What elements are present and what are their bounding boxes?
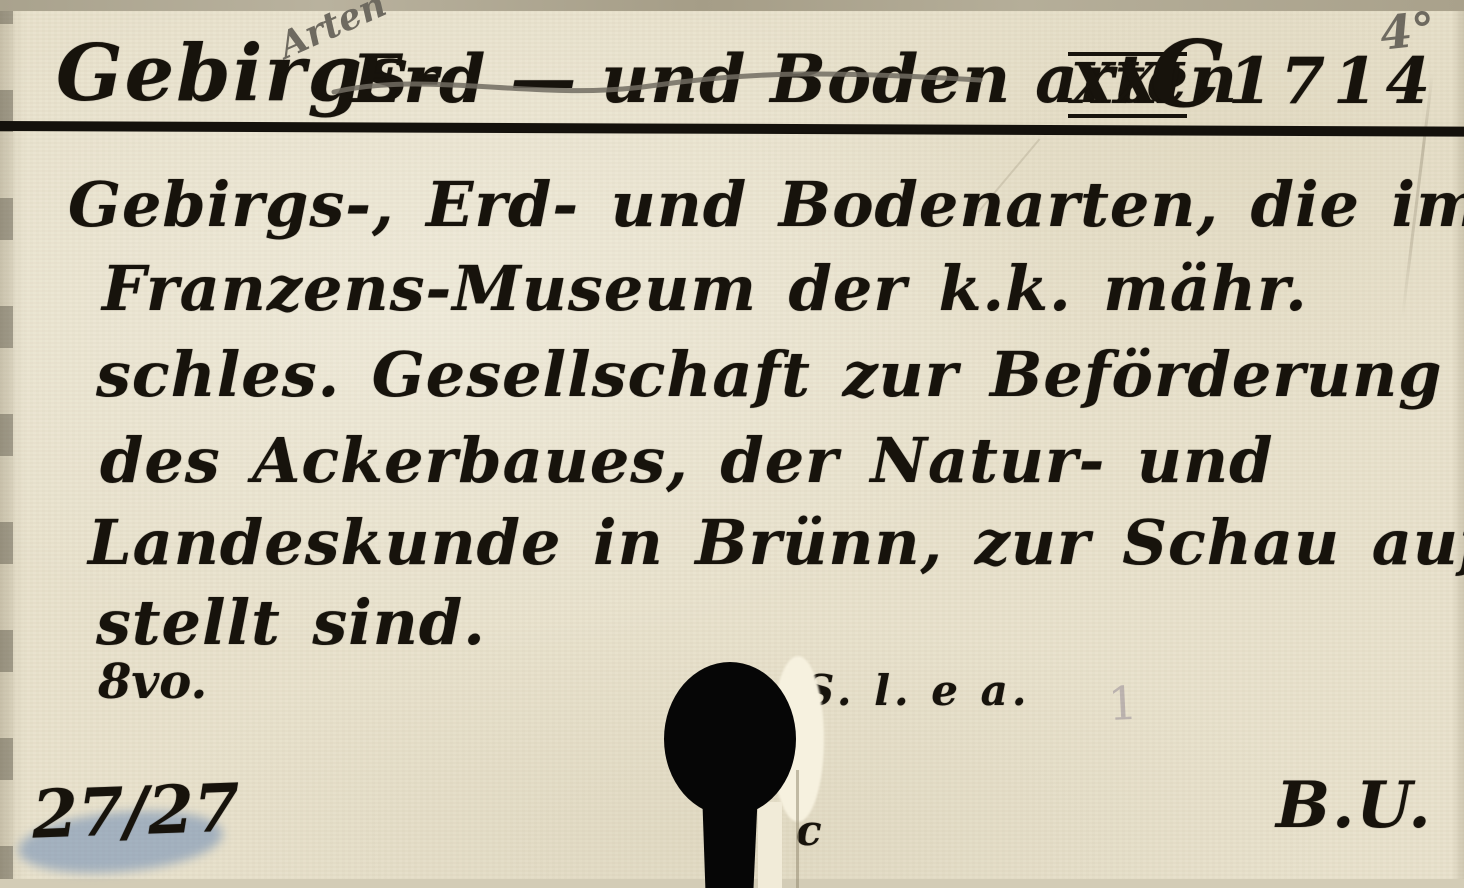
heading-rule xyxy=(0,121,1464,137)
body-line: des Ackerbaues, der Natur- und xyxy=(100,424,1273,497)
punch-hole-stem xyxy=(702,790,758,888)
format-note: 8vo. xyxy=(98,654,207,710)
imprint-note: S. l. e a. xyxy=(804,666,1030,715)
faint-stamp: 1 xyxy=(1107,675,1153,731)
torn-paper-stem xyxy=(758,802,782,888)
body-line: Gebirgs-, Erd- und Bodenarten, die im xyxy=(68,168,1464,241)
tally-note: 27/27 xyxy=(31,768,241,853)
torn-paper-edge xyxy=(796,770,799,888)
body-line: Landeskunde in Brünn, zur Schau aufge- xyxy=(88,506,1464,579)
catalog-card-scan: Gebirgs- Arten Erd — und Boden arten XXI… xyxy=(0,0,1464,888)
initials-signature: B.U. xyxy=(1276,768,1433,843)
scan-edge-top xyxy=(0,0,1464,11)
body-line: schles. Gesellschaft zur Beförderung xyxy=(96,338,1443,411)
scan-edge-right xyxy=(1452,11,1464,888)
format-mark-pencil: 4° xyxy=(1377,1,1437,60)
shelfmark-letter: C xyxy=(1150,20,1223,128)
pencil-strikethrough xyxy=(320,50,1020,120)
body-line: stellt sind. xyxy=(96,586,486,659)
body-line: Franzens-Museum der k.k. mähr. xyxy=(102,252,1308,325)
scan-edge-left-hatch xyxy=(0,11,13,888)
